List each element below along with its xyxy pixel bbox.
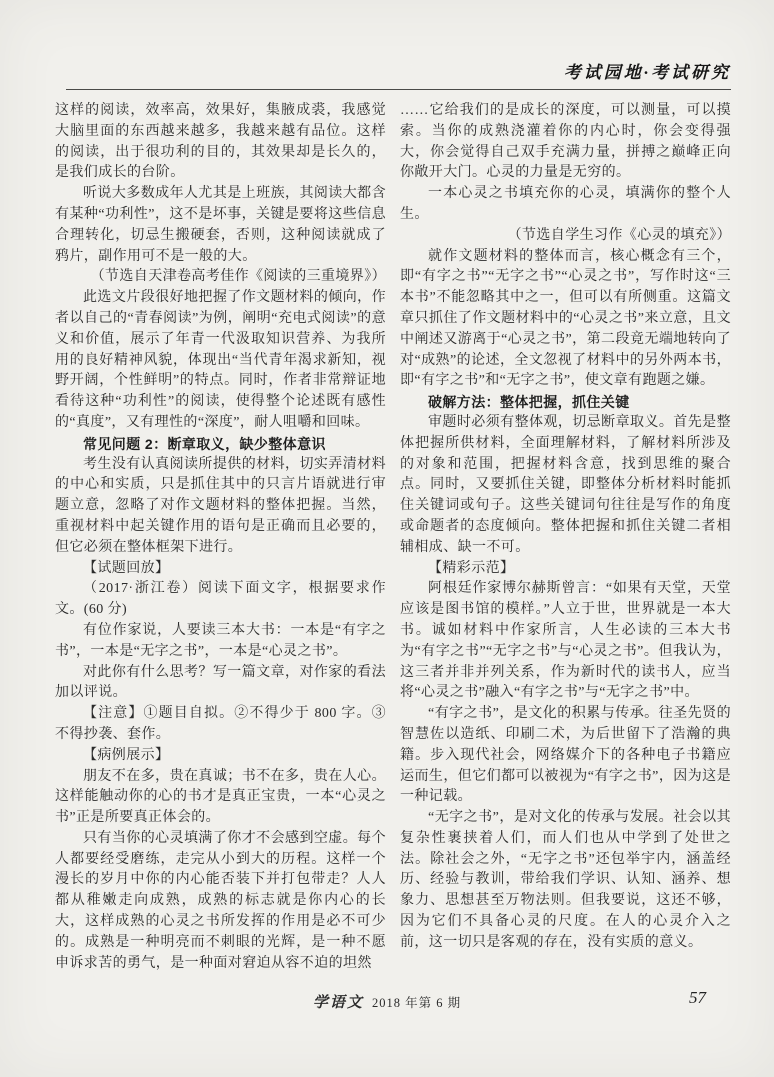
left-column: 这样的阅读，效率高，效果好，集腋成裘，我感觉大脑里面的东西越来越多，我越来越有品…	[55, 101, 386, 974]
paragraph: 【病例展示】	[55, 746, 386, 767]
source-attribution: （节选自学生习作《心灵的填充》）	[400, 226, 731, 247]
paragraph: 阿根廷作家博尔赫斯曾言：“如果有天堂，天堂应该是图书馆的模样。”人立于世，世界就…	[400, 579, 731, 704]
magazine-page: 考试园地·考试研究 这样的阅读，效率高，效果好，集腋成裘，我感觉大脑里面的东西越…	[0, 0, 774, 1077]
journal-name: 学语文	[313, 995, 364, 1011]
section-title: 考试园地·考试研究	[564, 58, 731, 83]
paragraph: 就作文题材料的整体而言，核心概念有三个，即“有字之书”“无字之书”“心灵之书”，…	[400, 247, 731, 393]
page-footer: 学语文 2018 年第 6 期 57	[0, 991, 774, 1017]
sub-heading: 常见问题 2：断章取义，缺少整体意识	[55, 434, 386, 455]
page-header: 考试园地·考试研究	[564, 58, 731, 83]
paragraph: 【注意】①题目自拟。②不得少于 800 字。③不得抄袭、套作。	[55, 704, 386, 746]
paragraph: 此选文片段很好地把握了作文题材料的倾向，作者以自己的“青春阅读”为例，阐明“充电…	[55, 288, 386, 434]
page-content: 这样的阅读，效率高，效果好，集腋成裘，我感觉大脑里面的东西越来越多，我越来越有品…	[55, 101, 731, 974]
header-rule	[66, 89, 731, 90]
paragraph: 这样的阅读，效率高，效果好，集腋成裘，我感觉大脑里面的东西越来越多，我越来越有品…	[55, 101, 386, 184]
paragraph: （2017·浙江卷）阅读下面文字，根据要求作文。(60 分)	[55, 579, 386, 621]
paragraph: 只有当你的心灵填满了你才不会感到空虚。每个人都要经受磨练，走完从小到大的历程。这…	[55, 829, 386, 975]
paragraph: “有字之书”，是文化的积累与传承。往圣先贤的智慧佐以造纸、印刷二术，为后世留下了…	[400, 704, 731, 808]
sub-heading: 破解方法：整体把握，抓住关键	[400, 392, 731, 413]
paragraph: 审题时必须有整体观，切忌断章取义。首先是整体把握所供材料，全面理解材料，了解材料…	[400, 413, 731, 559]
journal-issue: 2018 年第 6 期	[372, 996, 461, 1010]
paragraph: 对此你有什么思考？写一篇文章，对作家的看法加以评说。	[55, 663, 386, 705]
paragraph: 一本心灵之书填充你的心灵，填满你的整个人生。	[400, 184, 731, 226]
footer-journal-line: 学语文 2018 年第 6 期	[0, 991, 774, 1012]
paragraph: ……它给我们的是成长的深度，可以测量，可以摸索。当你的成熟浇灌着你的内心时，你会…	[400, 101, 731, 184]
paragraph: 朋友不在多，贵在真诚；书不在多，贵在人心。这样能触动你的心的书才是真正宝贵，一本…	[55, 767, 386, 829]
page-number: 57	[689, 988, 706, 1008]
paragraph: “无字之书”，是对文化的传承与发展。社会以其复杂性裹挟着人们，而人们也从中学到了…	[400, 808, 731, 954]
paragraph: 考生没有认真阅读所提供的材料，切实弄清材料的中心和实质，只是抓住其中的只言片语就…	[55, 455, 386, 559]
paragraph: 【精彩示范】	[400, 559, 731, 580]
paragraph: 【试题回放】	[55, 559, 386, 580]
paragraph: 听说大多数成年人尤其是上班族，其阅读大都含有某种“功利性”，这不是坏事，关键是要…	[55, 184, 386, 267]
paragraph: 有位作家说，人要读三本大书：一本是“有字之书”，一本是“无字之书”，一本是“心灵…	[55, 621, 386, 663]
source-attribution: （节选自天津卷高考佳作《阅读的三重境界》）	[55, 267, 386, 288]
right-column: ……它给我们的是成长的深度，可以测量，可以摸索。当你的成熟浇灌着你的内心时，你会…	[400, 101, 731, 974]
